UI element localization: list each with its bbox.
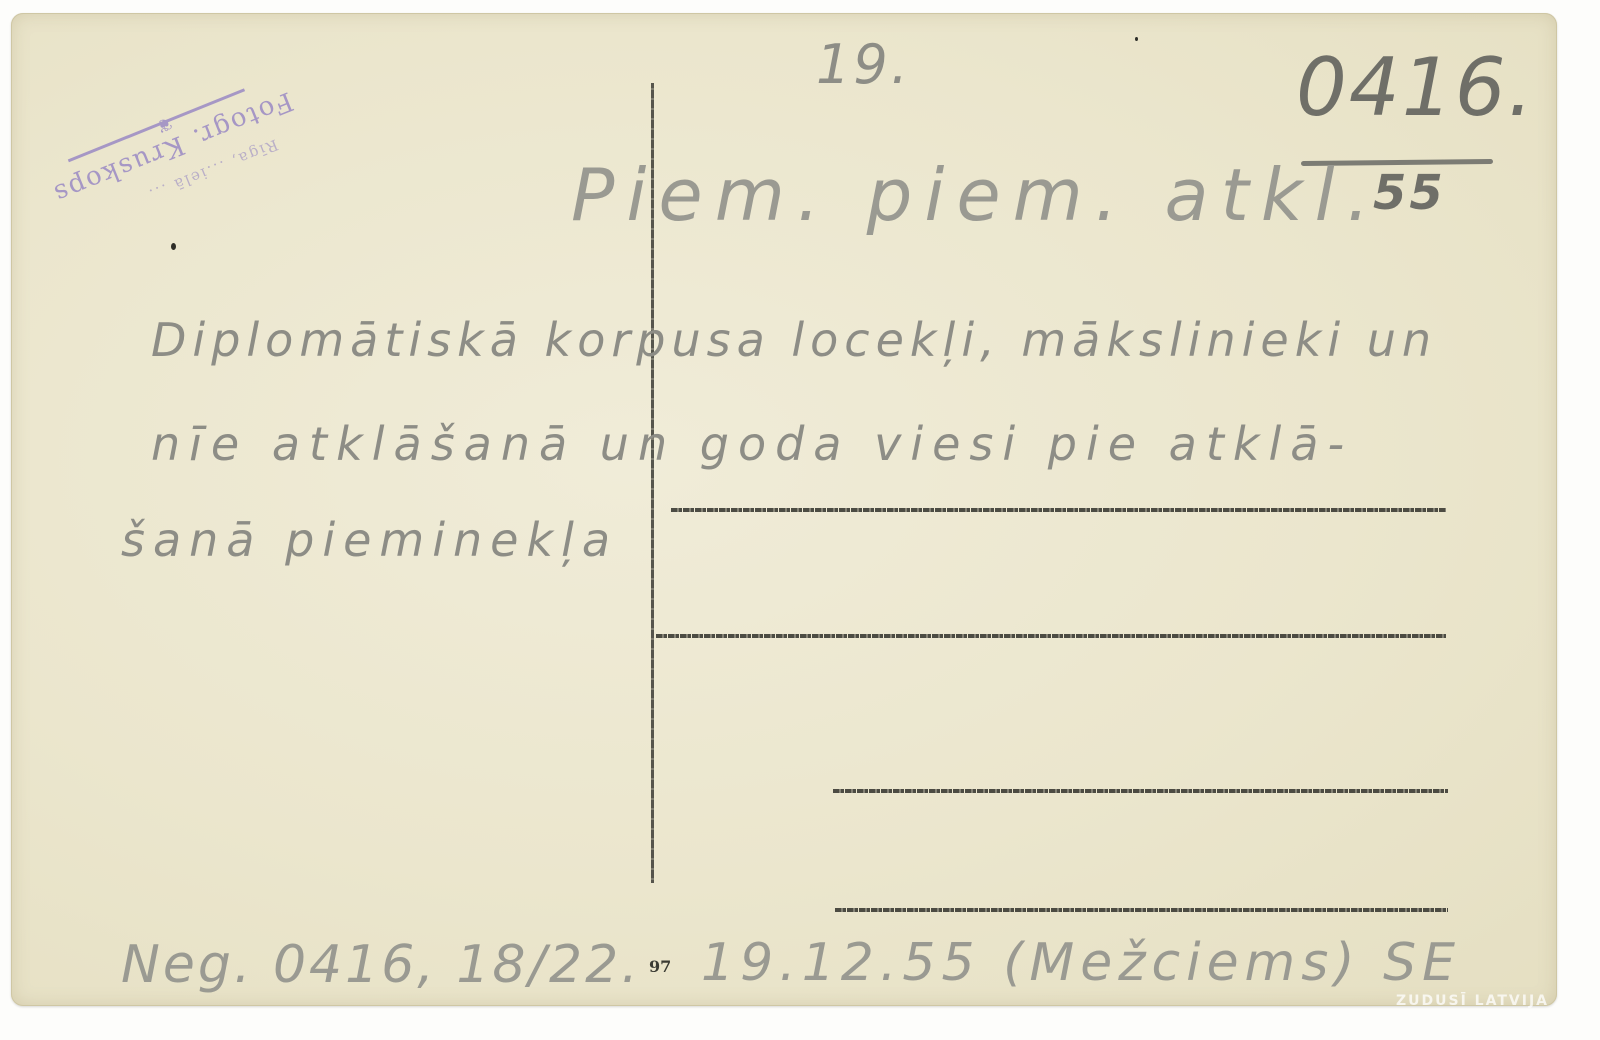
- catalog-number-top: 0416.: [1296, 41, 1535, 134]
- catalog-number-bottom: 55: [1373, 165, 1446, 221]
- printed-number: 97: [649, 957, 671, 976]
- body-line-1: Diplomātiskā korpusa locekļi, māksliniek…: [151, 313, 1437, 367]
- body-line-2: nīe atklāšanā un goda viesi pie atklā-: [151, 417, 1353, 471]
- top-center-note: 19.: [816, 33, 911, 96]
- body-line-3: šanā pieminekļa: [121, 513, 618, 567]
- postcard-back: Fotogr. Kruskops Rīga, ...ielā ... 19. 0…: [11, 13, 1557, 1006]
- title-note: Piem. piem. atkl.: [571, 153, 1381, 237]
- address-line-3: [833, 789, 1448, 793]
- ink-spot: [1135, 37, 1138, 41]
- address-line-2: [656, 634, 1446, 638]
- bottom-left-note: Neg. 0416, 18/22.: [121, 935, 641, 995]
- address-line-1: [671, 508, 1446, 512]
- ink-spot: [171, 243, 176, 250]
- address-divider-line: [651, 83, 654, 883]
- watermark: ZUDUSĪ LATVIJA: [1396, 993, 1549, 1009]
- address-line-4: [835, 908, 1448, 912]
- bottom-right-note: 19.12.55 (Mežciems) SE: [701, 933, 1461, 993]
